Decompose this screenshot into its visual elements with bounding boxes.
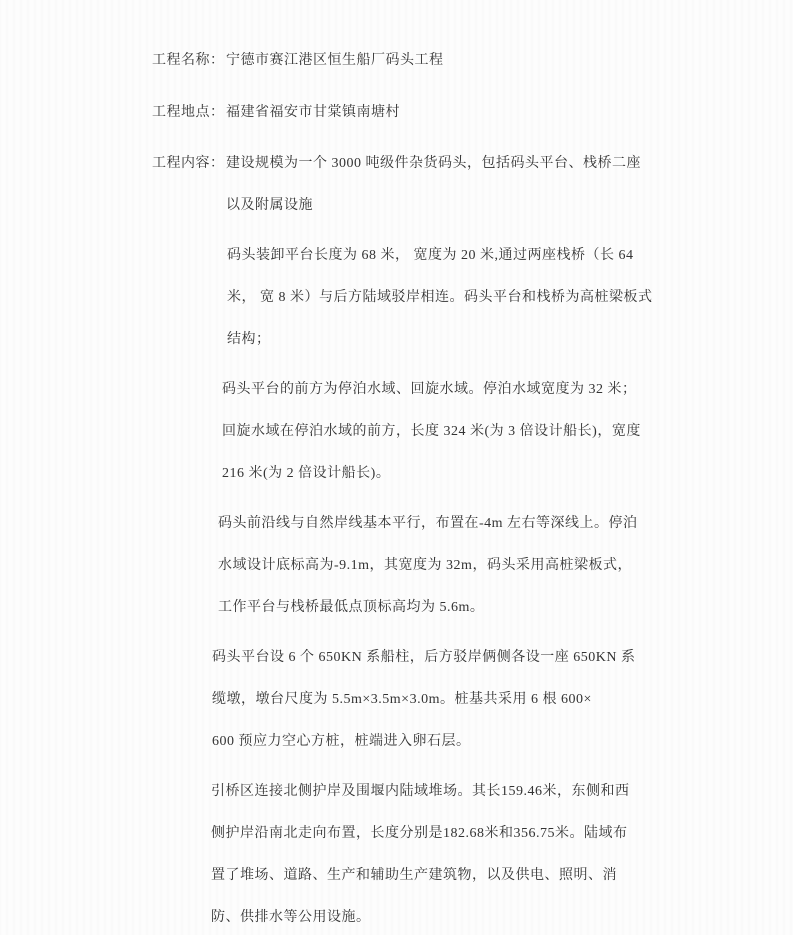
paragraph-approach-bridge-land: 引桥区连接北侧护岸及围堰内陆域堆场。其长159.46米，东侧和西 侧护岸沿南北走… (211, 771, 793, 935)
text-line: 以及附属设施 (226, 185, 793, 227)
text-line: 侧护岸沿南北走向布置，长度分别是182.68米和356.75米。陆域布 (211, 813, 793, 855)
text-line: 回旋水域在停泊水域的前方，长度 324 米(为 3 倍设计船长)，宽度 (222, 411, 793, 453)
text-line: 米， 宽 8 米）与后方陆域驳岸相连。码头平台和栈桥为高桩梁板式 (227, 277, 793, 319)
text-line: 码头平台设 6 个 650KN 系船柱，后方驳岸俩侧各设一座 650KN 系 (212, 637, 793, 679)
paragraph-bollards-piles: 码头平台设 6 个 650KN 系船柱，后方驳岸俩侧各设一座 650KN 系 缆… (212, 637, 793, 763)
paragraph-scale: 建设规模为一个 3000 吨级件杂货码头，包括码头平台、栈桥二座 以及附属设施 (226, 143, 793, 227)
project-location-value: 福建省福安市甘棠镇南塘村 (226, 92, 400, 134)
text-line: 水域设计底标高为-9.1m，其宽度为 32m，码头采用高桩梁板式， (218, 545, 793, 587)
text-line: 216 米(为 2 倍设计船长)。 (222, 453, 793, 495)
text-line: 工作平台与栈桥最低点顶标高均为 5.6m。 (218, 587, 793, 629)
text-line: 缆墩，墩台尺度为 5.5m×3.5m×3.0m。桩基共采用 6 根 600× (212, 679, 793, 721)
text-line: 码头装卸平台长度为 68 米， 宽度为 20 米,通过两座栈桥（长 64 (227, 235, 793, 277)
document-page: 工程名称： 宁德市赛江港区恒生船厂码头工程 工程地点： 福建省福安市甘棠镇南塘村… (0, 0, 793, 935)
text-line: 结构； (227, 319, 793, 361)
project-name-label: 工程名称： (152, 40, 226, 82)
text-line: 码头平台的前方为停泊水域、回旋水域。停泊水域宽度为 32 米； (222, 369, 793, 411)
text-line: 建设规模为一个 3000 吨级件杂货码头，包括码头平台、栈桥二座 (226, 143, 793, 185)
paragraph-front-line-elevation: 码头前沿线与自然岸线基本平行，布置在-4m 左右等深线上。停泊 水域设计底标高为… (218, 503, 793, 629)
text-line: 置了堆场、道路、生产和辅助生产建筑物，以及供电、照明、消 (211, 855, 793, 897)
project-location-label: 工程地点： (152, 92, 226, 134)
field-row-project-location: 工程地点： 福建省福安市甘棠镇南塘村 (152, 92, 793, 134)
project-content-label: 工程内容： (152, 143, 226, 185)
field-row-project-content: 工程内容： 建设规模为一个 3000 吨级件杂货码头，包括码头平台、栈桥二座 以… (152, 143, 793, 935)
text-line: 引桥区连接北侧护岸及围堰内陆域堆场。其长159.46米，东侧和西 (211, 771, 793, 813)
text-line: 码头前沿线与自然岸线基本平行，布置在-4m 左右等深线上。停泊 (218, 503, 793, 545)
text-line: 防、供排水等公用设施。 (211, 897, 793, 935)
text-line: 600 预应力空心方桩，桩端进入卵石层。 (212, 721, 793, 763)
field-row-project-name: 工程名称： 宁德市赛江港区恒生船厂码头工程 (152, 40, 793, 82)
project-content-body: 建设规模为一个 3000 吨级件杂货码头，包括码头平台、栈桥二座 以及附属设施 … (226, 143, 793, 935)
paragraph-water-areas: 码头平台的前方为停泊水域、回旋水域。停泊水域宽度为 32 米； 回旋水域在停泊水… (222, 369, 793, 495)
paragraph-platform-dimensions: 码头装卸平台长度为 68 米， 宽度为 20 米,通过两座栈桥（长 64 米， … (227, 235, 793, 361)
project-name-value: 宁德市赛江港区恒生船厂码头工程 (226, 40, 444, 82)
